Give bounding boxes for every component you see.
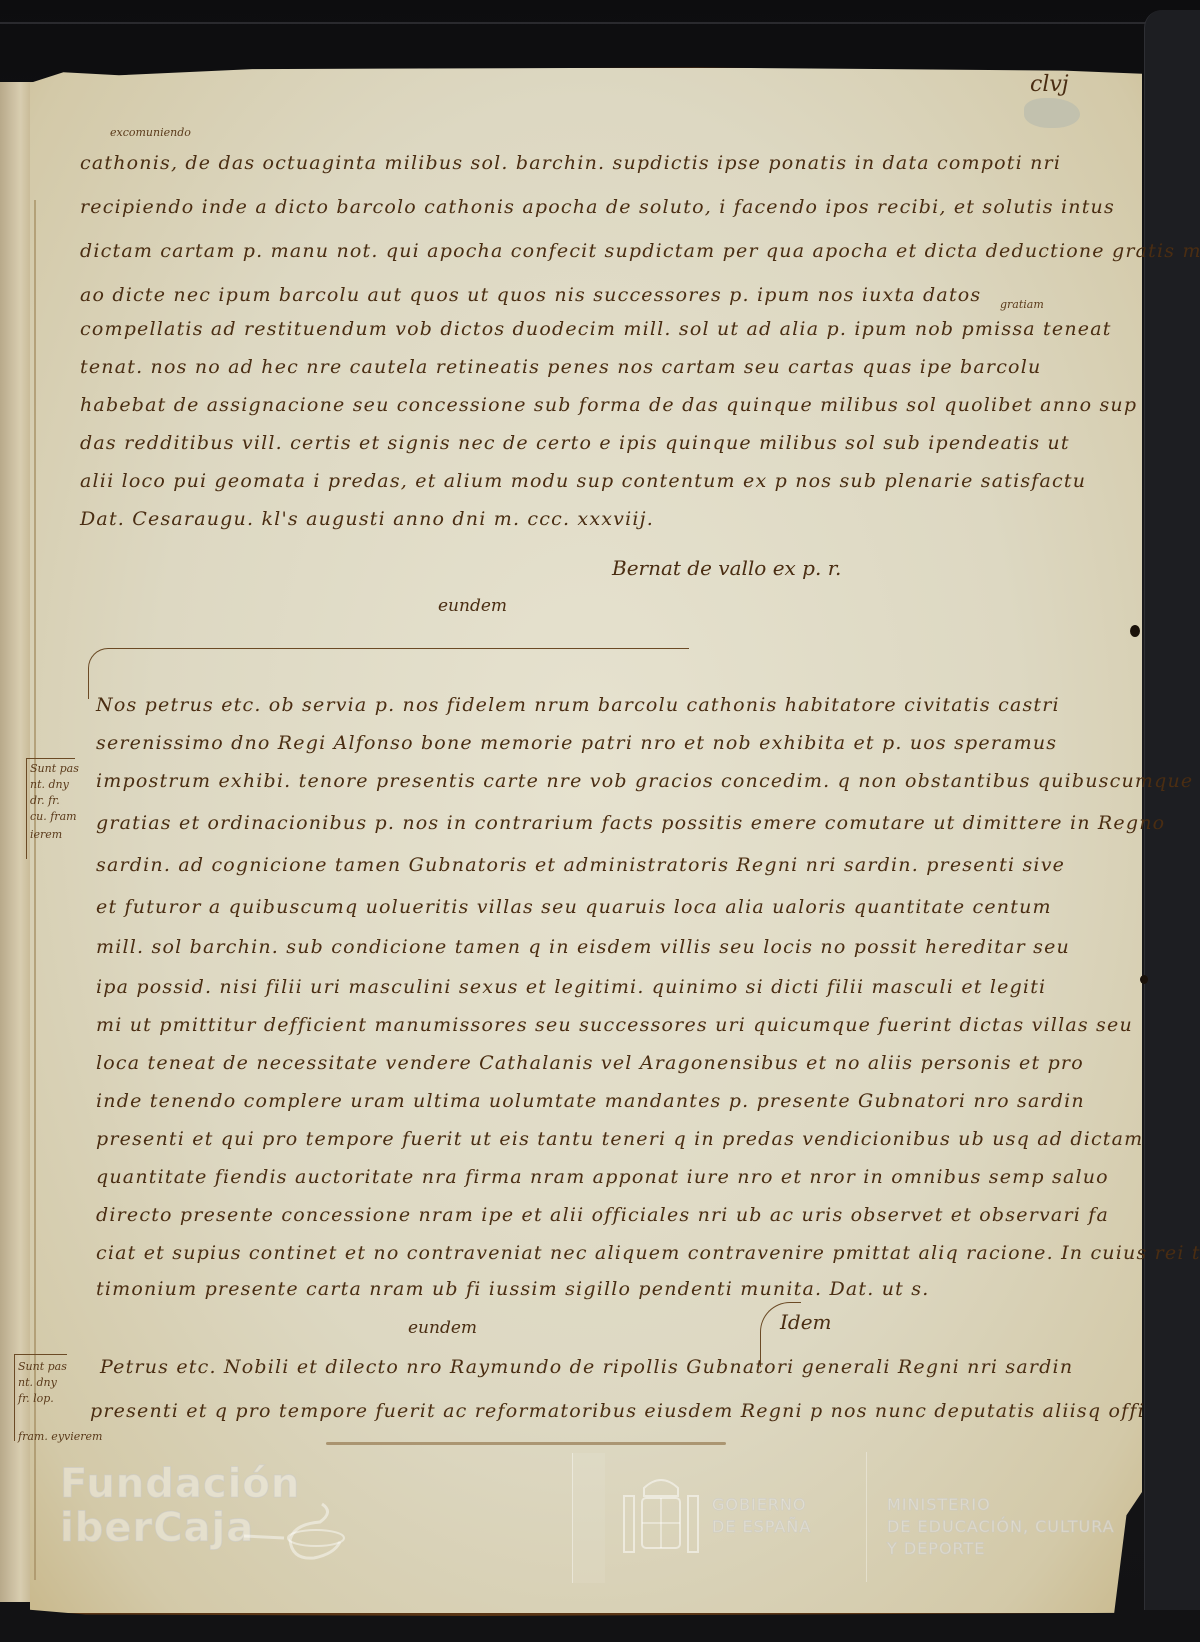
entry-heading: eundem	[438, 596, 507, 616]
text-line: das redditibus vill. certis et signis ne…	[80, 432, 1070, 454]
text-line: tenat. nos no ad hec nre cautela retinea…	[80, 356, 1041, 378]
watermark-text: MINISTERIO	[887, 1494, 1115, 1516]
entry-heading: eundem	[408, 1318, 477, 1338]
margin-note: fr. lop.	[18, 1392, 54, 1405]
folio-number: clvj	[1030, 72, 1069, 97]
text-line: serenissimo dno Regi Alfonso bone memori…	[96, 732, 1057, 754]
text-line: sardin. ad cognicione tamen Gubnatoris e…	[96, 854, 1065, 876]
text-line: impostrum exhibi. tenore presentis carte…	[96, 770, 1193, 792]
ibercaja-logo-icon	[244, 1494, 354, 1566]
text-line: ipa possid. nisi filii uri masculini sex…	[96, 976, 1046, 998]
text-line: mill. sol barchin. sub condicione tamen …	[96, 936, 1070, 958]
margin-note: cu. fram	[30, 810, 77, 823]
text-line: timonium presente carta nram ub fi iussi…	[96, 1278, 929, 1300]
margin-note: nt. dny	[30, 778, 69, 791]
margin-note-right: gratiam	[1000, 298, 1044, 311]
margin-note: Sunt pas	[18, 1360, 67, 1373]
text-line: presenti et q pro tempore fuerit ac refo…	[90, 1400, 1145, 1422]
text-line: alii loco pui geomata i predas, et alium…	[80, 470, 1086, 492]
margin-note: fram. eyvierem	[18, 1430, 102, 1443]
text-line: Petrus etc. Nobili et dilecto nro Raymun…	[100, 1356, 1073, 1378]
watermark-text: DE ESPAÑA	[712, 1516, 811, 1538]
text-line: recipiendo inde a dicto barcolo cathonis…	[80, 196, 1115, 218]
watermark-divider	[866, 1452, 867, 1582]
text-line: dictam cartam p. manu not. qui apocha co…	[80, 240, 1200, 262]
ruled-line	[326, 1442, 726, 1445]
margin-note: Sunt pas	[30, 762, 79, 775]
flag-bar-watermark	[572, 1453, 605, 1583]
frame-edge	[0, 22, 1200, 24]
text-line: gratias et ordinacionibus p. nos in cont…	[96, 812, 1165, 834]
text-line: Nos petrus etc. ob servia p. nos fidelem…	[96, 694, 1060, 716]
margin-note: ierem	[30, 828, 62, 841]
text-line: directo presente concessione nram ipe et…	[96, 1204, 1109, 1226]
entry-bracket	[88, 648, 689, 699]
text-line: Dat. Cesaraugu. kl's augusti anno dni m.…	[80, 508, 654, 530]
interlinear-gloss: excomuniendo	[110, 126, 191, 139]
text-line: presenti et qui pro tempore fuerit ut ei…	[96, 1128, 1143, 1150]
text-line: et futuror a quibuscumq uolueritis villa…	[96, 896, 1052, 918]
ministerio-watermark: MINISTERIO DE EDUCACIÓN, CULTURA Y DEPOR…	[887, 1494, 1115, 1560]
text-line: ciat et supius continet et no contraveni…	[96, 1242, 1200, 1264]
text-line: inde tenendo complere uram ultima uolumt…	[96, 1090, 1085, 1112]
signature: Bernat de vallo ex p. r.	[612, 556, 841, 580]
spain-coat-of-arms-icon	[622, 1468, 700, 1568]
margin-note: nt. dny	[18, 1376, 57, 1389]
text-line: cathonis, de das octuaginta milibus sol.…	[80, 152, 1061, 174]
stain-mark	[1024, 98, 1080, 128]
worm-hole	[1140, 975, 1148, 984]
text-line: mi ut pmittitur defficient manumissores …	[96, 1014, 1133, 1036]
text-line: compellatis ad restituendum vob dictos d…	[80, 318, 1112, 340]
text-line: loca teneat de necessitate vendere Catha…	[96, 1052, 1084, 1074]
watermark-text: GOBIERNO	[712, 1494, 811, 1516]
text-line: quantitate fiendis auctoritate nra firma…	[96, 1166, 1109, 1188]
watermark-text: Y DEPORTE	[887, 1538, 1115, 1560]
text-line: habebat de assignacione seu concessione …	[80, 394, 1137, 416]
worm-hole	[1130, 625, 1140, 637]
gobierno-watermark: GOBIERNO DE ESPAÑA	[712, 1494, 811, 1538]
margin-note: dr. fr.	[30, 794, 60, 807]
text-line: ao dicte nec ipum barcolu aut quos ut qu…	[80, 284, 981, 306]
watermark-text: DE EDUCACIÓN, CULTURA	[887, 1516, 1115, 1538]
